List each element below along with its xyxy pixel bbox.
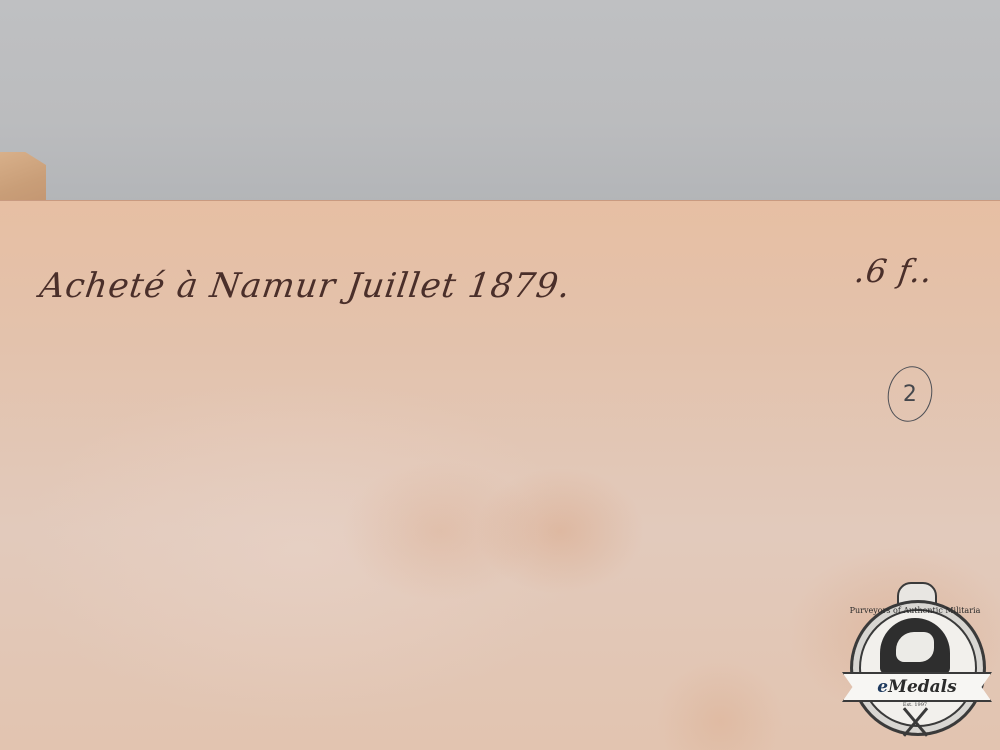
watermark-banner: eMedals	[842, 672, 992, 702]
horse-icon	[896, 632, 934, 662]
watermark-ring-text: Purveyors of Authentic Militaria	[842, 606, 988, 615]
watermark-brand: eMedals	[877, 677, 956, 697]
crossed-swords-icon	[898, 704, 932, 738]
emedals-watermark-logo: Purveyors of Authentic Militaria eMedals…	[842, 578, 988, 746]
brand-prefix: e	[877, 677, 888, 697]
brand-name: Medals	[888, 677, 957, 697]
handwritten-acquisition-note: Acheté à Namur Juillet 1879.	[37, 266, 573, 306]
gray-backdrop	[0, 0, 1000, 202]
handwritten-price: .6 f..	[852, 252, 935, 290]
pencil-number: 2	[903, 382, 917, 407]
